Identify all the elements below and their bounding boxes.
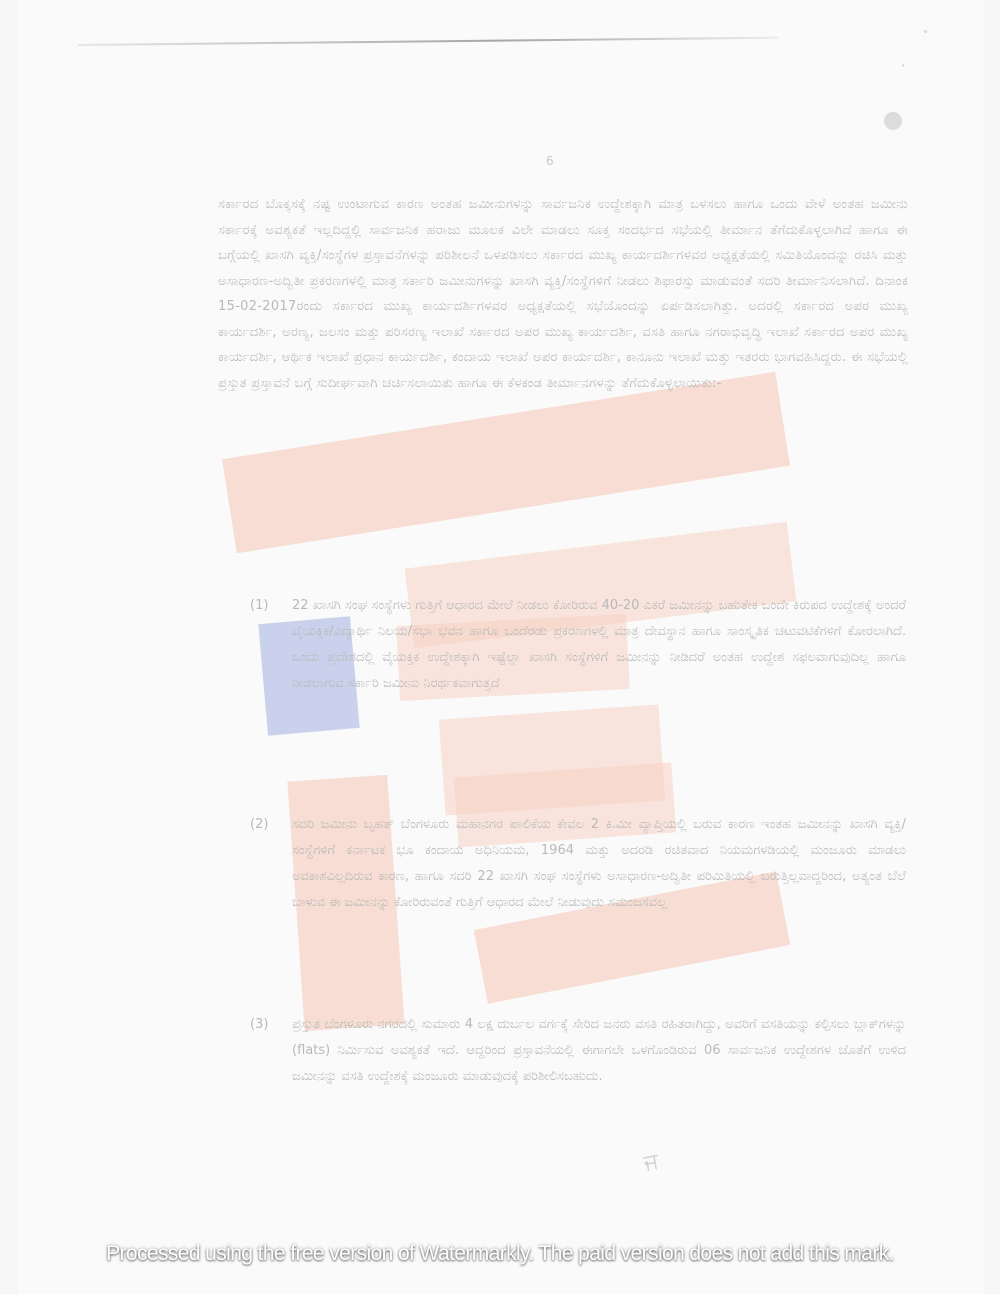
intro-paragraph: ಸರ್ಕಾರದ ಬೊಕ್ಕಸಕ್ಕೆ ನಷ್ಟ ಉಂಟಾಗುವ ಕಾರಣ ಅಂತ… (218, 192, 908, 396)
scan-speck (902, 64, 904, 67)
item-text: ಪ್ರಸ್ತುತ ಬೆಂಗಳೂರು ನಗರದಲ್ಲಿ ಸುಮಾರು 4 ಲಕ್ಷ… (292, 1012, 906, 1090)
page-number: 6 (546, 154, 554, 168)
highlight-overlay (222, 372, 790, 553)
document-body: ಸರ್ಕಾರದ ಬೊಕ್ಕಸಕ್ಕೆ ನಷ್ಟ ಉಂಟಾಗುವ ಕಾರಣ ಅಂತ… (218, 192, 908, 396)
scan-artifact-line (78, 37, 778, 46)
item-text: 22 ಖಾಸಗಿ ಸಂಘ ಸಂಸ್ಥೆಗಳು ಗುತ್ತಿಗೆ ಆಧಾರದ ಮೇ… (292, 593, 906, 697)
scan-speck (924, 30, 927, 33)
list-item: (1) 22 ಖಾಸಗಿ ಸಂಘ ಸಂಸ್ಥೆಗಳು ಗುತ್ತಿಗೆ ಆಧಾರ… (250, 593, 906, 697)
item-number: (3) (250, 1012, 286, 1038)
item-text: ಸದರಿ ಜಮೀನು ಬೃಹತ್ ಬೆಂಗಳೂರು ಮಹಾನಗರ ಪಾಲಿಕೆಯ… (292, 812, 906, 916)
item-number: (1) (250, 593, 286, 619)
item-number: (2) (250, 812, 286, 838)
signature-mark: ਜ (642, 1149, 660, 1176)
list-item: (2) ಸದರಿ ಜಮೀನು ಬೃಹತ್ ಬೆಂಗಳೂರು ಮಹಾನಗರ ಪಾಲ… (250, 812, 906, 916)
list-item: (3) ಪ್ರಸ್ತುತ ಬೆಂಗಳೂರು ನಗರದಲ್ಲಿ ಸುಮಾರು 4 … (250, 1012, 906, 1090)
scanned-page: 6 ಸರ್ಕಾರದ ಬೊಕ್ಕಸಕ್ಕೆ ನಷ್ಟ ಉಂಟಾಗುವ ಕಾರಣ ಅ… (18, 0, 984, 1294)
watermark-text: Processed using the free version of Wate… (0, 1242, 1000, 1266)
scan-blob (884, 112, 902, 130)
